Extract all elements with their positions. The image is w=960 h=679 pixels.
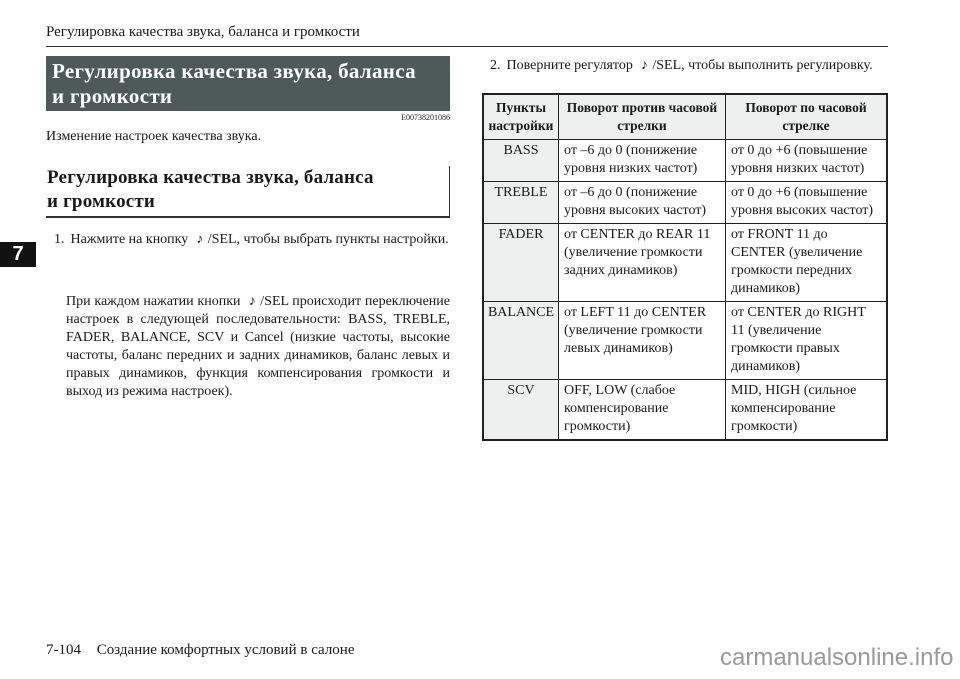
header-item: Пункты настройки: [483, 94, 559, 140]
music-note-icon: ♪: [636, 58, 652, 74]
watermark: carmanualsonline.info: [720, 644, 953, 672]
section-banner: Регулировка качества звука, баланса и гр…: [46, 56, 450, 111]
settings-table: Пункты настройки Поворот против часовой …: [482, 93, 888, 441]
cell-cw: от CENTER до RIGHT 11 (увеличение громко…: [726, 302, 888, 380]
subheading-line2: и громкости: [47, 190, 449, 214]
banner-title-line1: Регулировка качества звука, баланса: [52, 59, 450, 84]
cell-ccw: от LEFT 11 до CENTER (увеличение громкос…: [559, 302, 726, 380]
page-number: 7-104: [46, 642, 81, 658]
table-header-row: Пункты настройки Поворот против часовой …: [483, 94, 887, 140]
cell-ccw: от CENTER до REAR 11 (увеличение громкос…: [559, 224, 726, 302]
cell-ccw: OFF, LOW (слабое компенсирование громкос…: [559, 380, 726, 441]
cell-cw: от 0 до +6 (повышение уровня низких част…: [726, 140, 888, 182]
chapter-tab: 7: [0, 242, 36, 267]
step-1-note: При каждом нажатии кнопки ♪/SEL происход…: [66, 293, 450, 401]
header-cw: Поворот по часовой стрелке: [726, 94, 888, 140]
cell-item: BALANCE: [483, 302, 559, 380]
cell-item: BASS: [483, 140, 559, 182]
table-row: BASS от –6 до 0 (понижение уровня низких…: [483, 140, 887, 182]
step-text-after: /SEL, чтобы выбрать пункты настройки.: [208, 232, 449, 247]
music-note-icon: ♪: [244, 293, 260, 311]
note-text-before: При каждом нажатии кнопки: [66, 294, 244, 309]
cell-cw: от 0 до +6 (повышение уровня высоких час…: [726, 182, 888, 224]
header-ccw: Поворот против часовой стрелки: [559, 94, 726, 140]
table-row: BALANCE от LEFT 11 до CENTER (увеличение…: [483, 302, 887, 380]
cell-item: SCV: [483, 380, 559, 441]
cell-ccw: от –6 до 0 (понижение уровня низких част…: [559, 140, 726, 182]
table-row: SCV OFF, LOW (слабое компенсирование гро…: [483, 380, 887, 441]
subheading: Регулировка качества звука, баланса и гр…: [46, 166, 450, 218]
step-text-before: Нажмите на кнопку: [71, 232, 192, 247]
cell-item: FADER: [483, 224, 559, 302]
intro-text: Изменение настроек качества звука.: [46, 129, 261, 145]
step-2: 2. Поверните регулятор ♪/SEL, чтобы выпо…: [490, 58, 873, 74]
subheading-line1: Регулировка качества звука, баланса: [47, 166, 449, 190]
step-1: 1. Нажмите на кнопку ♪/SEL, чтобы выбрат…: [54, 231, 450, 249]
document-code: E00738201086: [360, 113, 450, 122]
cell-ccw: от –6 до 0 (понижение уровня высоких час…: [559, 182, 726, 224]
cell-cw: от FRONT 11 до CENTER (увеличение громко…: [726, 224, 888, 302]
chapter-title: Создание комфортных условий в салоне: [97, 642, 355, 658]
page-footer: 7-104 Создание комфортных условий в сало…: [46, 642, 355, 659]
step-text-before: Поверните регулятор: [507, 58, 637, 73]
running-header-title: Регулировка качества звука, баланса и гр…: [46, 24, 360, 41]
music-note-icon: ♪: [192, 231, 208, 249]
step-text-after: /SEL, чтобы выполнить регулировку.: [652, 58, 872, 73]
cell-item: TREBLE: [483, 182, 559, 224]
table-row: FADER от CENTER до REAR 11 (увеличение г…: [483, 224, 887, 302]
table-row: TREBLE от –6 до 0 (понижение уровня высо…: [483, 182, 887, 224]
banner-title-line2: и громкости: [52, 84, 450, 109]
step-text: Нажмите на кнопку ♪/SEL, чтобы выбрать п…: [71, 232, 449, 247]
cell-cw: MID, HIGH (сильное компенсирование громк…: [726, 380, 888, 441]
step-number: 1.: [54, 231, 67, 249]
step-number: 2.: [490, 58, 503, 74]
header-rule: [46, 46, 888, 47]
